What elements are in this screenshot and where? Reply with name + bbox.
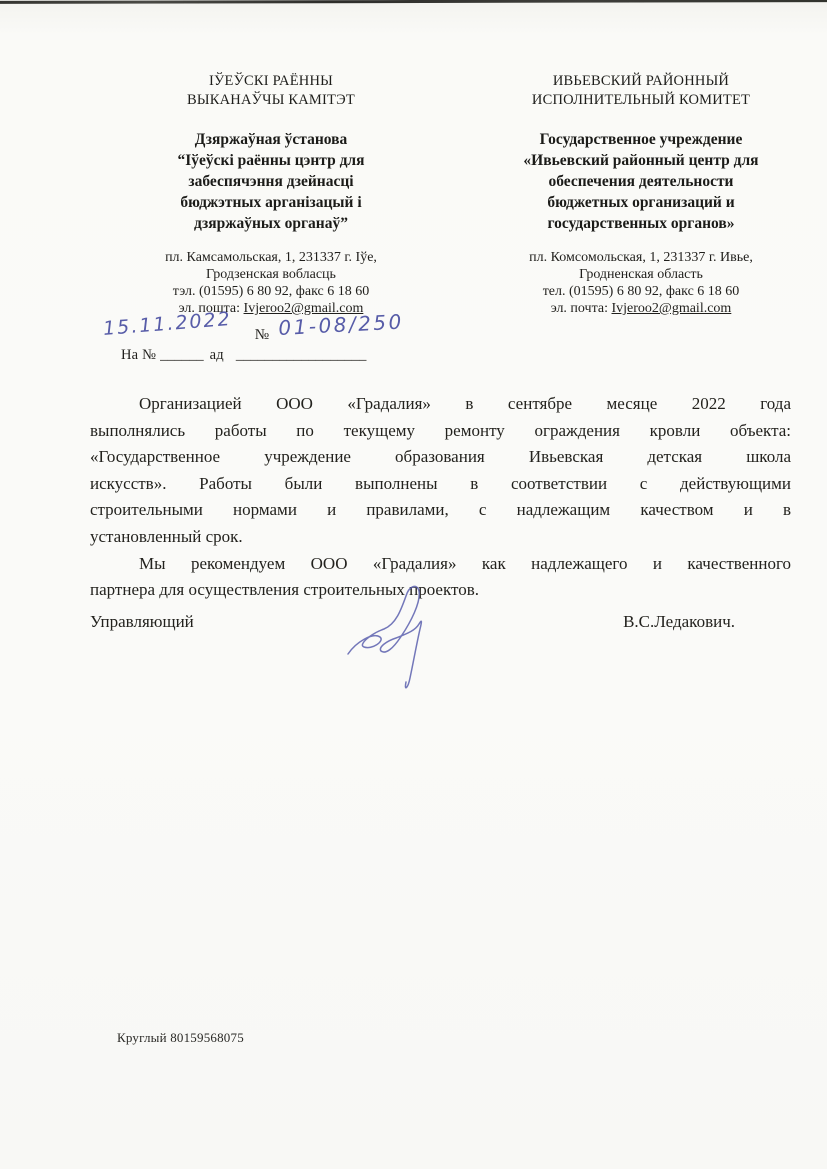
committee-name-by-line1: ІЎЕЎСКІ РАЁННЫ [90, 72, 452, 91]
email-label-ru: эл. почта: [551, 301, 612, 316]
institution-name-by-line: “Іўеўскі раённы цэнтр для [90, 150, 452, 171]
body-line: выполнялись работы по текущему ремонту о… [90, 418, 791, 445]
phone-line-ru: тел. (01595) 6 80 92, факс 6 18 60 [460, 283, 822, 300]
institution-name-by-line: дзяржаўных органаў” [90, 213, 452, 234]
institution-name-ru-line: бюджетных организаций и [460, 192, 822, 213]
reply-label-na: На № [121, 347, 156, 363]
reference-block: 15.11.2022 № 01-08/250 На №______ад_____… [104, 312, 524, 364]
handwritten-date: 15.11.2022 [102, 308, 232, 340]
address-line-by: Гродзенская вобласць [90, 266, 452, 283]
letter-body: Организацией ООО «Градалия» в сентябре м… [90, 391, 791, 604]
address-line-ru: Гродненская область [460, 266, 822, 283]
committee-name-ru-line2: ИСПОЛНИТЕЛЬНЫЙ КОМИТЕТ [460, 91, 822, 110]
body-line: искусств». Работы были выполнены в соотв… [90, 471, 791, 498]
institution-name-ru-line: «Ивьевский районный центр для [460, 150, 822, 171]
address-line-ru: пл. Комсомольская, 1, 231337 г. Ивье, [460, 249, 822, 266]
body-line: установленный срок. [90, 524, 791, 551]
committee-name-ru-line1: ИВЬЕВСКИЙ РАЙОННЫЙ [460, 72, 822, 91]
reply-reference-line: На №______ад__________________ [121, 347, 524, 364]
institution-name-ru-line: государственных органов» [460, 213, 822, 234]
registry-note: Круглый 80159568075 [117, 1030, 244, 1046]
reply-label-ad: ад [210, 347, 224, 363]
signer-name: В.С.Ледакович. [623, 612, 735, 632]
institution-name-by-line: бюджэтных арганізацый і [90, 192, 452, 213]
letterhead-right-column: ИВЬЕВСКИЙ РАЙОННЫЙ ИСПОЛНИТЕЛЬНЫЙ КОМИТЕ… [460, 72, 822, 317]
body-line: Мы рекомендуем ООО «Градалия» как надлеж… [90, 551, 791, 578]
institution-name-by-line: забеспячэння дзейнасці [90, 171, 452, 192]
number-sign: № [255, 327, 269, 344]
reply-blank-number: ______ [160, 347, 204, 363]
body-line: Организацией ООО «Градалия» в сентябре м… [90, 391, 791, 418]
letterhead-left-column: ІЎЕЎСКІ РАЁННЫ ВЫКАНАЎЧЫ КАМІТЭТ Дзяржаў… [90, 72, 452, 317]
letterhead: ІЎЕЎСКІ РАЁННЫ ВЫКАНАЎЧЫ КАМІТЭТ Дзяржаў… [0, 72, 827, 317]
scan-top-edge-artifact [0, 0, 827, 4]
handwritten-signature [330, 576, 460, 698]
institution-name-ru-line: обеспечения деятельности [460, 171, 822, 192]
committee-name-by-line2: ВЫКАНАЎЧЫ КАМІТЭТ [90, 91, 452, 110]
body-line: строительными нормами и правилами, с над… [90, 497, 791, 524]
phone-line-by: тэл. (01595) 6 80 92, факс 6 18 60 [90, 283, 452, 300]
handwritten-ref-number: 01-08/250 [278, 309, 405, 340]
institution-name-by-line: Дзяржаўная ўстанова [90, 129, 452, 150]
address-line-by: пл. Камсамольская, 1, 231337 г. Іўе, [90, 249, 452, 266]
email-address-ru: Ivjeroo2@gmail.com [612, 301, 732, 316]
body-line: «Государственное учреждение образования … [90, 444, 791, 471]
reply-blank-date: __________________ [236, 347, 367, 363]
institution-name-ru-line: Государственное учреждение [460, 129, 822, 150]
signer-title: Управляющий [90, 612, 194, 632]
